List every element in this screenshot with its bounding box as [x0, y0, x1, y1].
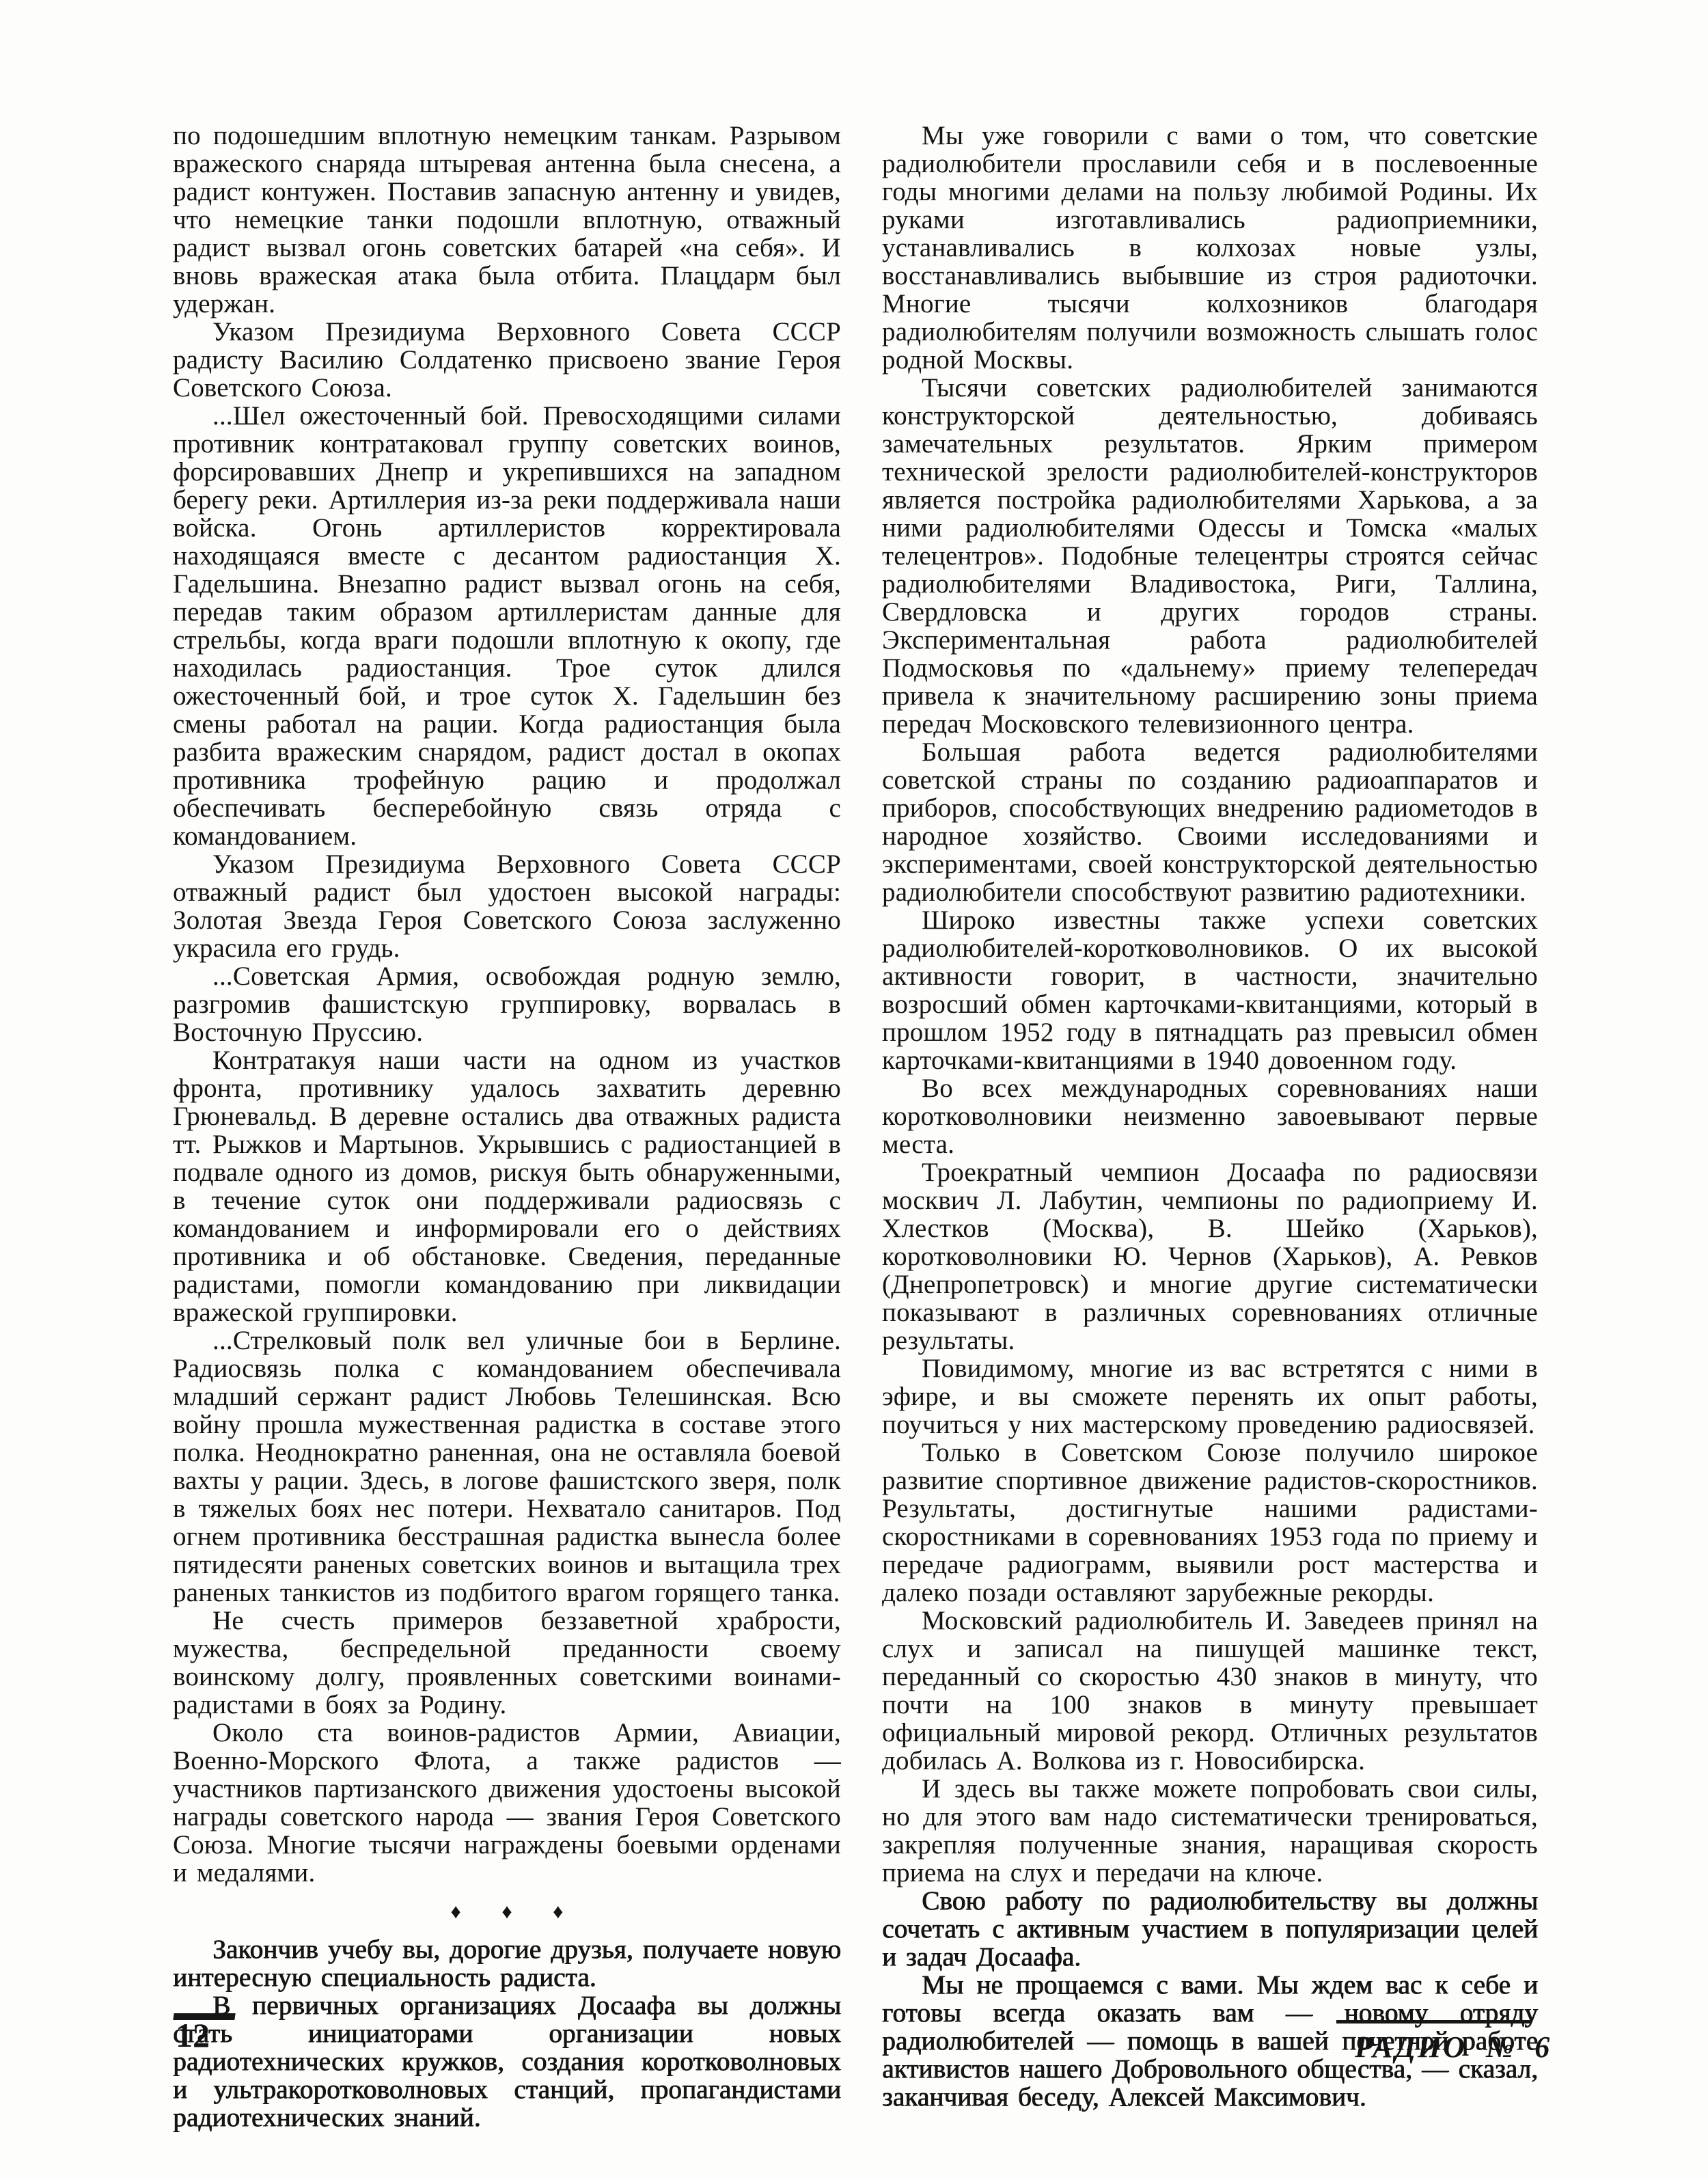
page-number: 12 [176, 2017, 210, 2053]
paragraph: Контратакуя наши части на одном из участ… [173, 1046, 841, 1326]
paragraph: Указом Президиума Верховного Совета СССР… [173, 318, 841, 402]
paragraph: Во всех международных соревнованиях наши… [882, 1074, 1538, 1158]
paragraph: Троекратный чемпион Досаафа по радиосвяз… [882, 1158, 1538, 1354]
paragraph: Не счесть примеров беззаветной храбрости… [173, 1607, 841, 1719]
magazine-page: по подошедшим вплотную немецким танкам. … [0, 0, 1708, 2180]
paragraph: И здесь вы также можете попробовать свои… [882, 1775, 1538, 1887]
paragraph: по подошедшим вплотную немецким танкам. … [173, 122, 841, 318]
paragraph: Мы уже говорили с вами о том, что советс… [882, 122, 1538, 374]
left-text-column: по подошедшим вплотную немецким танкам. … [173, 122, 841, 2131]
paragraph: Закончив учебу вы, дорогие друзья, получ… [173, 1935, 841, 1991]
right-text-column: Мы уже говорили с вами о том, что советс… [882, 122, 1538, 2111]
paragraph: Большая работа ведется радиолюбителями с… [882, 738, 1538, 906]
paragraph: ...Стрелковый полк вел уличные бои в Бер… [173, 1326, 841, 1607]
section-separator-dots: ♦ ♦ ♦ [173, 1898, 841, 1926]
journal-footer-rule [1336, 2020, 1530, 2024]
paragraph: Тысячи советских радиолюбителей занимают… [882, 374, 1538, 738]
paragraph: Повидимому, многие из вас встретятся с н… [882, 1354, 1538, 1439]
paragraph: ...Советская Армия, освобождая родную зе… [173, 962, 841, 1046]
journal-title: РАДИО № 6 [1355, 2031, 1552, 2064]
paragraph: Указом Президиума Верховного Совета СССР… [173, 850, 841, 962]
paragraph: Московский радиолюбитель И. Заведеев при… [882, 1607, 1538, 1775]
paragraph: Широко известны также успехи советских р… [882, 906, 1538, 1074]
paragraph: Свою работу по радиолюбительству вы долж… [882, 1887, 1538, 1971]
paragraph: ...Шел ожесточенный бой. Превосходящими … [173, 402, 841, 850]
paragraph: В первичных организациях Досаафа вы долж… [173, 1991, 841, 2131]
paragraph: Только в Советском Союзе получило широко… [882, 1439, 1538, 1607]
paragraph: Около ста воинов-радистов Армии, Авиации… [173, 1719, 841, 1887]
